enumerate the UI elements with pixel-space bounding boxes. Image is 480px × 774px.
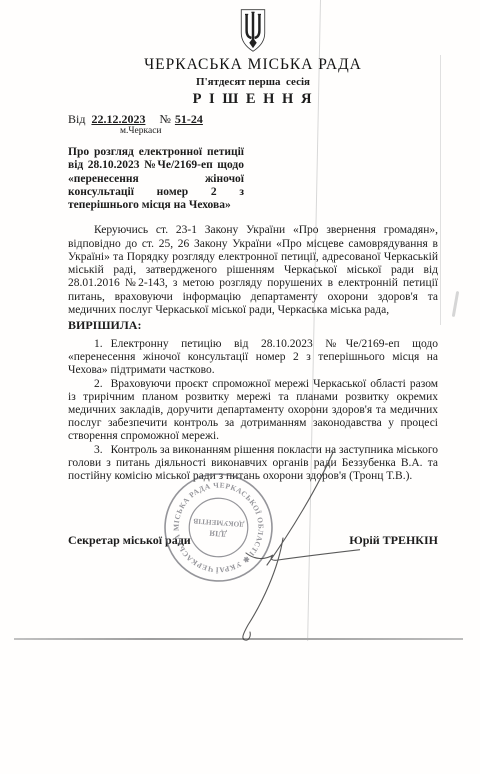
preamble-paragraph: Керуючись ст. 23-1 Закону України «Про з… [68,224,438,316]
document-header: ЧЕРКАСЬКА МІСЬКА РАДА П'ятдесят перша се… [68,8,438,107]
signatory-name: Юрій ТРЕНКІН [349,533,438,547]
item-number: 3. [94,444,103,456]
number-value: 51-24 [175,112,203,126]
subject-block: Про розгляд електронної петиції від 28.1… [68,146,244,212]
place-line: м.Черкаси [120,126,438,137]
session-line: П'ятдесят перша сесія [68,76,438,89]
scanned-document-page: ЧЕРКАСЬКА МІСЬКА РАДА П'ятдесят перша се… [0,0,480,774]
date-label: Від [68,112,85,126]
date-number-line: Від22.12.2023№51-24 [68,112,438,126]
decision-item: 2.Враховуючи проєкт спроможної мережі Че… [68,378,438,444]
organization-name: ЧЕРКАСЬКА МІСЬКА РАДА [68,56,438,74]
document-type-title: Р І Ш Е Н Н Я [68,91,438,107]
date-value: 22.12.2023 [91,112,145,126]
number-label: № [159,112,170,126]
ukraine-trident-emblem-icon [237,8,269,54]
handwritten-signature [150,445,360,650]
item-text: Електронну петицію від 28.10.2023 №Че/21… [68,338,438,376]
item-number: 2. [94,378,103,390]
item-text: Враховуючи проєкт спроможної мережі Черк… [68,378,438,443]
item-number: 1. [94,338,103,350]
decision-item: 1.Електронну петицію від 28.10.2023 №Че/… [68,338,438,378]
resolved-heading: ВИРІШИЛА: [68,318,438,332]
